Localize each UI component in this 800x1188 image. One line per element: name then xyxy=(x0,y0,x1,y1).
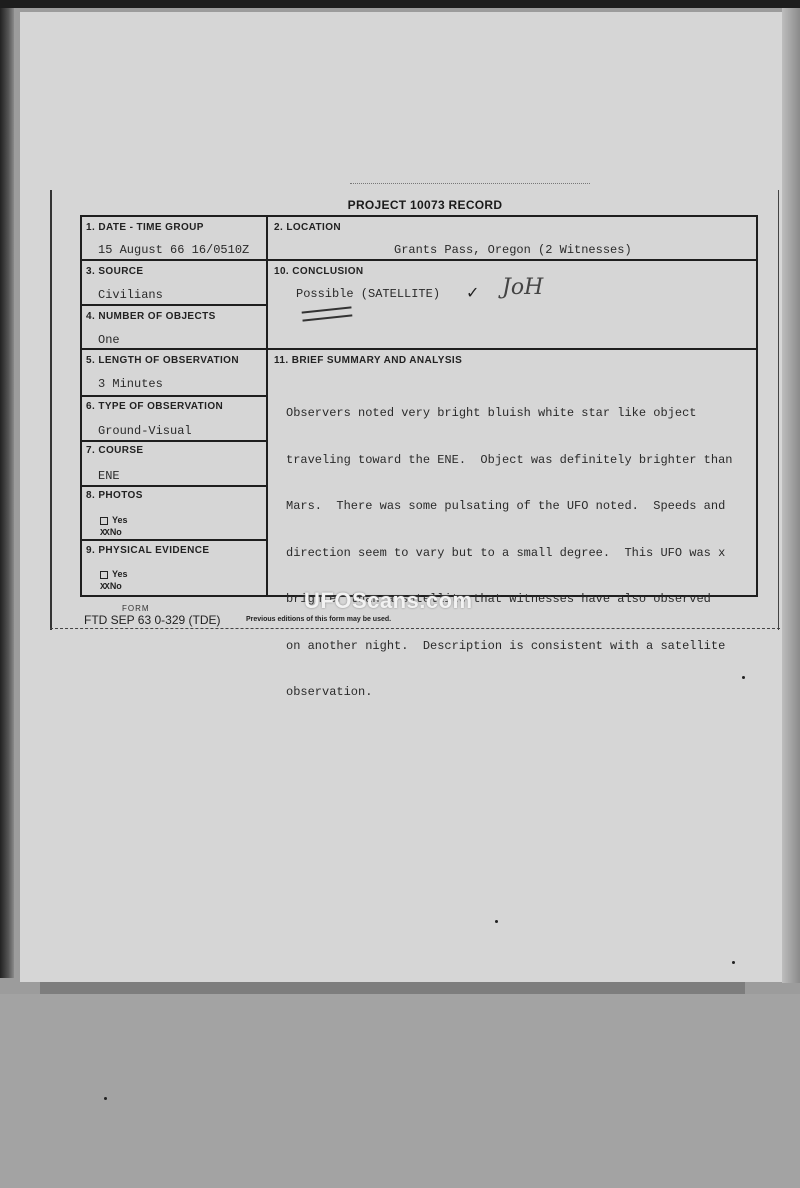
typed-x-mark: XX xyxy=(100,528,109,538)
summary-line: observation. xyxy=(286,685,756,701)
form-label: FORM xyxy=(122,604,150,613)
summary-label: 11. BRIEF SUMMARY AND ANALYSIS xyxy=(274,355,462,366)
checkmark-icon: ✓ xyxy=(466,283,479,303)
form-cut-line-right xyxy=(778,190,779,630)
form-cut-line-top xyxy=(350,183,590,185)
location-label: 2. LOCATION xyxy=(274,222,341,233)
summary-line: on another night. Description is consist… xyxy=(286,639,756,655)
summary-line: traveling toward the ENE. Object was def… xyxy=(286,453,756,469)
scan-lower-area xyxy=(0,994,800,1188)
row-divider xyxy=(82,304,268,306)
source-label: 3. SOURCE xyxy=(86,266,144,277)
row-divider xyxy=(82,348,756,350)
scan-left-edge xyxy=(0,8,14,978)
double-underline-mark xyxy=(302,306,353,321)
record-form: 1. DATE - TIME GROUP 15 August 66 16/051… xyxy=(80,215,758,597)
scan-speck xyxy=(732,961,735,964)
row-divider xyxy=(82,485,268,487)
location-value: Grants Pass, Oregon (2 Witnesses) xyxy=(394,243,632,257)
length-of-observation-label: 5. LENGTH OF OBSERVATION xyxy=(86,355,239,366)
row-divider xyxy=(82,440,268,442)
date-time-group-label: 1. DATE - TIME GROUP xyxy=(86,222,204,233)
checkbox-icon xyxy=(100,571,108,579)
physical-evidence-no-option[interactable]: XXNo xyxy=(100,581,122,592)
number-of-objects-value: One xyxy=(98,333,120,347)
conclusion-label: 10. CONCLUSION xyxy=(274,266,364,277)
form-id: FTD SEP 63 0-329 (TDE) xyxy=(84,613,221,627)
row-divider xyxy=(82,259,756,261)
summary-text: Observers noted very bright bluish white… xyxy=(286,375,756,732)
length-of-observation-value: 3 Minutes xyxy=(98,377,163,391)
number-of-objects-label: 4. NUMBER OF OBJECTS xyxy=(86,311,216,322)
photos-yes-option[interactable]: Yes xyxy=(100,515,128,525)
date-time-group-value: 15 August 66 16/0510Z xyxy=(98,243,249,257)
typed-x-mark: XX xyxy=(100,582,109,592)
photos-label: 8. PHOTOS xyxy=(86,490,143,501)
conclusion-value: Possible (SATELLITE) xyxy=(296,287,440,301)
watermark: UFOScans.com xyxy=(304,588,473,614)
photos-no-option[interactable]: XXNo xyxy=(100,527,122,538)
scan-top-edge xyxy=(0,0,800,8)
form-cut-line-left xyxy=(50,190,52,630)
scan-speck xyxy=(104,1097,107,1100)
scan-speck xyxy=(742,676,745,679)
course-label: 7. COURSE xyxy=(86,445,144,456)
row-divider xyxy=(82,395,268,397)
summary-line: Mars. There was some pulsating of the UF… xyxy=(286,499,756,515)
form-note: Previous editions of this form may be us… xyxy=(246,616,391,623)
type-of-observation-label: 6. TYPE OF OBSERVATION xyxy=(86,401,223,412)
checkbox-icon xyxy=(100,517,108,525)
summary-line: Observers noted very bright bluish white… xyxy=(286,406,756,422)
document-title: PROJECT 10073 RECORD xyxy=(80,198,770,212)
scan-speck xyxy=(495,920,498,923)
source-value: Civilians xyxy=(98,288,163,302)
course-value: ENE xyxy=(98,469,120,483)
paper-shadow xyxy=(40,982,745,994)
reviewer-initials: JoH xyxy=(502,275,543,300)
physical-evidence-yes-option[interactable]: Yes xyxy=(100,569,128,579)
scan-right-edge xyxy=(782,8,800,983)
summary-line: direction seem to vary but to a small de… xyxy=(286,546,756,562)
type-of-observation-value: Ground-Visual xyxy=(98,424,192,438)
row-divider xyxy=(82,539,268,541)
physical-evidence-label: 9. PHYSICAL EVIDENCE xyxy=(86,545,209,556)
